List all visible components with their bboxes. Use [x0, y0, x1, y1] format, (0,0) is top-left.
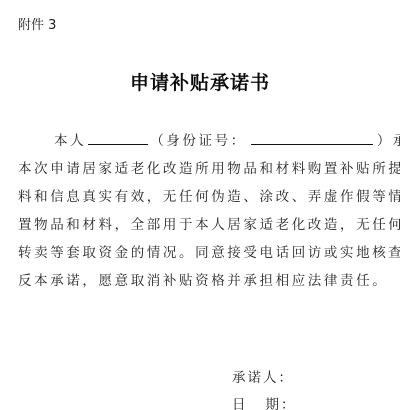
date-label-part-2: 期： — [266, 397, 297, 410]
id-number-label: （身份证号： — [150, 133, 247, 149]
promisor-signature-label: 承诺人： — [232, 366, 294, 386]
body-line: 料和信息真实有效，无任何伪造、涂改、弄虚作假等情况；购 — [18, 183, 384, 211]
self-label: 本人 — [54, 133, 86, 149]
commitment-first-line: 本人（身份证号：）承诺， — [18, 127, 384, 155]
body-line: 转卖等套取资金的情况。同意接受电话回访或实地核查。若违 — [18, 239, 384, 267]
attachment-label: 附件 3 — [18, 14, 56, 33]
id-number-blank-field[interactable] — [251, 130, 373, 145]
body-line: 本次申请居家适老化改造所用物品和材料购置补贴所提交材 — [18, 155, 384, 183]
body-line: 置物品和材料，全部用于本人居家适老化改造，无任何虚购、 — [18, 211, 384, 239]
date-label: 日期： — [232, 393, 297, 410]
commitment-body: 本人（身份证号：）承诺， 本次申请居家适老化改造所用物品和材料购置补贴所提交材 … — [18, 127, 384, 295]
date-label-part-1: 日 — [232, 397, 248, 410]
commit-suffix: ）承诺， — [377, 133, 400, 149]
name-blank-field[interactable] — [88, 130, 148, 145]
body-line: 反本承诺，愿意取消补贴资格并承担相应法律责任。 — [18, 267, 384, 295]
document-title: 申请补贴承诺书 — [0, 68, 400, 95]
